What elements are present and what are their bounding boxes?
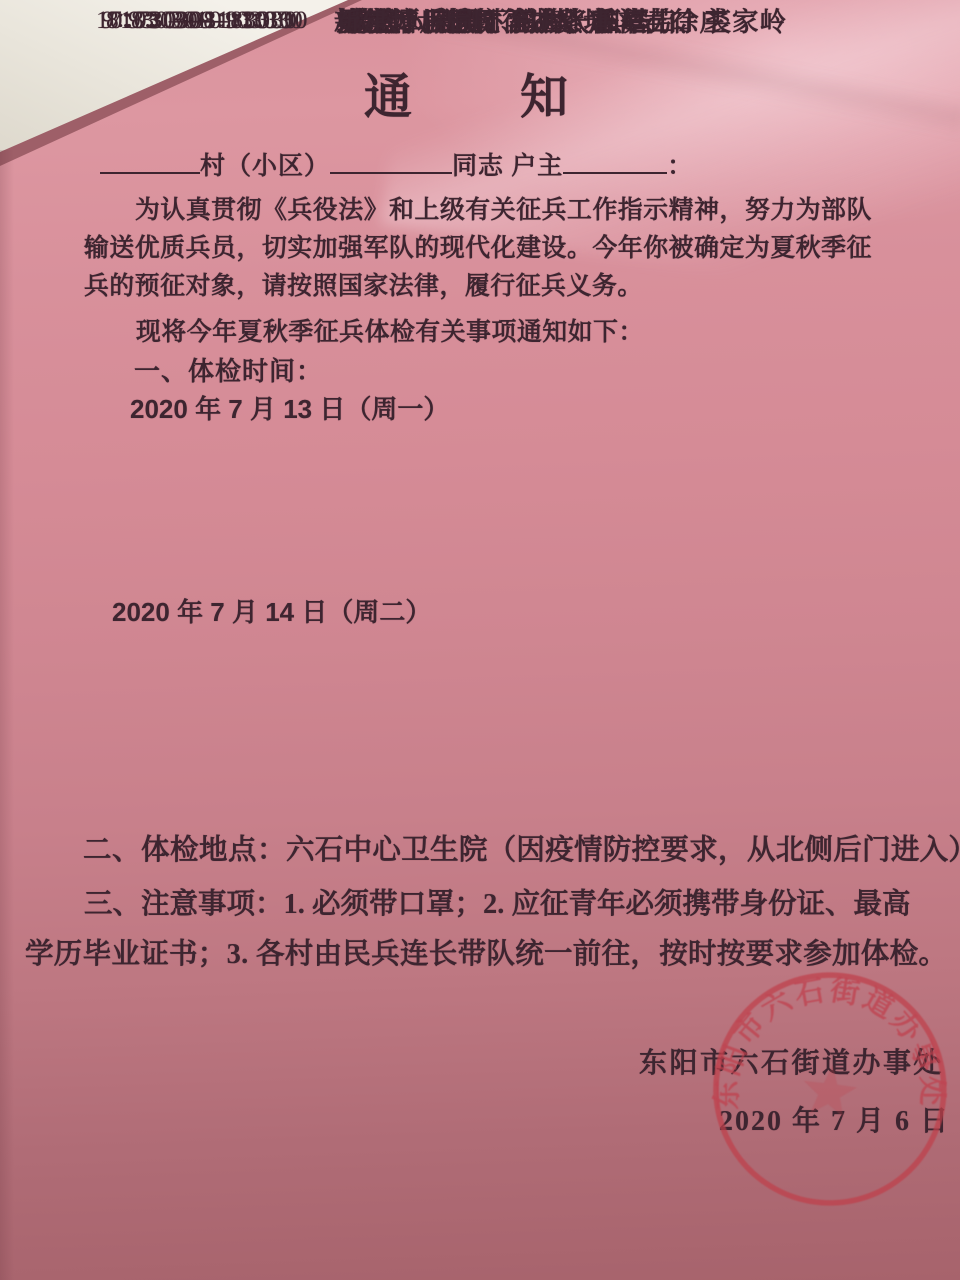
exam-date-day1: 2020 年 7 月 13 日（周一） [130, 389, 449, 426]
intro-paragraph: 为认真贯彻《兵役法》和上级有关征兵工作指示精神，努力为部队输送优质兵员，切实加强… [84, 192, 872, 306]
section-location-line: 二、体检地点：六石中心卫生院（因疫情防控要求，从北侧后门进入） [83, 827, 960, 868]
section-heading-time: 一、体检时间： [134, 351, 323, 388]
notice-title: 通 知 [0, 58, 948, 127]
seal-arc-text-holder: 东阳市六石街道办事处 [707, 960, 960, 1138]
blank-underline-village [100, 147, 200, 175]
village-label: 村（小区） [200, 153, 330, 180]
exam-date-day2: 2020 年 7 月 14 日（周二） [112, 592, 431, 629]
section-notes-line1: 三、注意事项：1. 必须带口罩；2. 应征青年必须携带身份证、最高 [84, 881, 911, 922]
section-location-label: 二、体检地点： [83, 834, 286, 866]
time-slot: 10：30—11：30 [96, 0, 285, 36]
blank-underline-householder [563, 147, 667, 175]
blank-underline-name [330, 147, 452, 175]
section-notes-label: 三、注意事项： [84, 888, 284, 920]
section-notes-text1: 1. 必须带口罩；2. 应征青年必须携带身份证、最高 [284, 889, 911, 920]
salutation-line: 村（小区）同志 户主： [100, 146, 693, 182]
village-list: 新建、北后周 [334, 0, 499, 39]
official-seal-stamp: 东阳市六石街道办事处 [689, 946, 960, 1231]
section-location-text: 六石中心卫生院（因疫情防控要求，从北侧后门进入） [286, 835, 960, 866]
notice-lead-line: 现将今年夏秋季征兵体检有关事项通知如下： [136, 312, 644, 348]
notice-paper-photo: 通 知 村（小区）同志 户主： 为认真贯彻《兵役法》和上级有关征兵工作指示精神，… [0, 0, 960, 1280]
seal-arc-text: 东阳市六石街道办事处 [707, 960, 960, 1138]
salutation-colon: ： [667, 153, 693, 180]
comrade-label: 同志 户主 [452, 153, 563, 180]
seal-star-icon [800, 1062, 860, 1119]
